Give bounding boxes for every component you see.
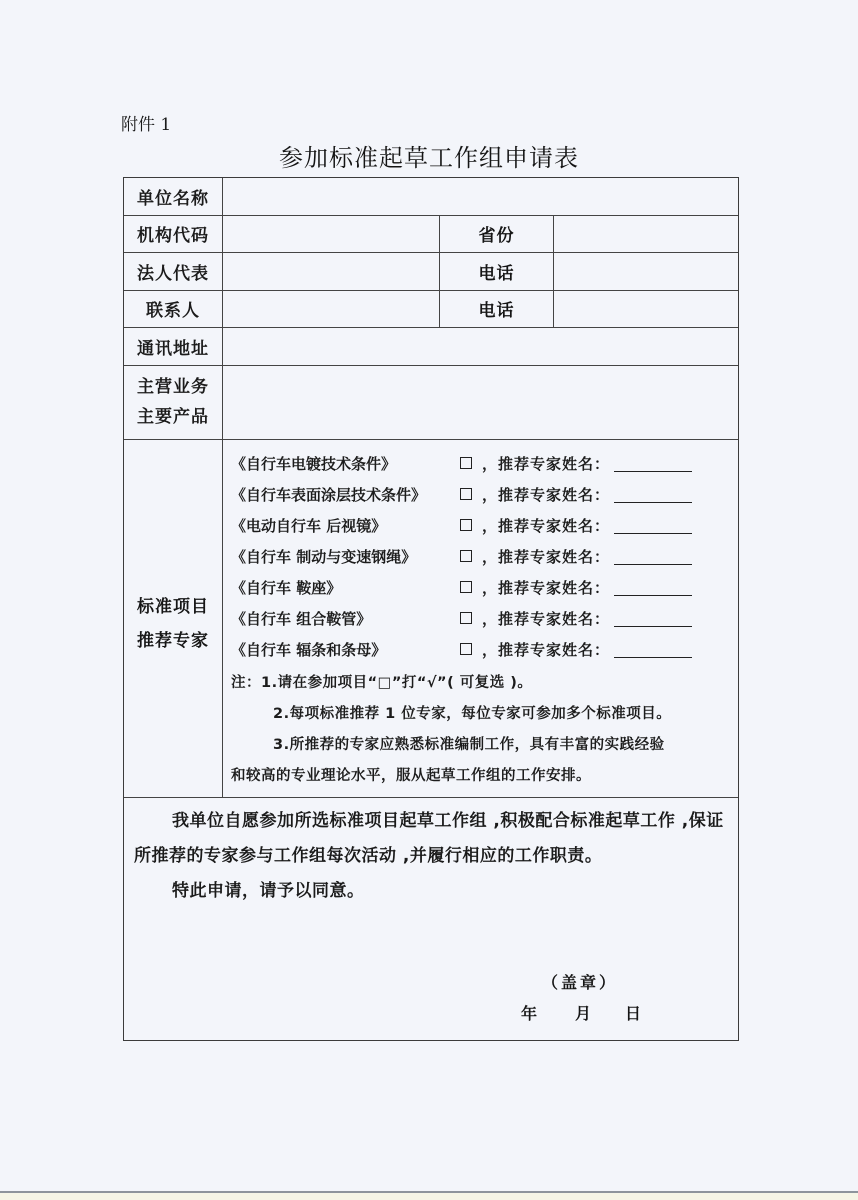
date-month-label: 月 bbox=[575, 1001, 625, 1024]
expert-prompt: ，推荐专家姓名： bbox=[482, 515, 610, 536]
contact-phone-field[interactable] bbox=[554, 291, 738, 328]
standard-item: 《自行车 组合鞍管》 ，推荐专家姓名： bbox=[231, 603, 738, 634]
legal-rep-phone-field[interactable] bbox=[554, 253, 738, 290]
business-field[interactable] bbox=[223, 366, 738, 439]
business-label: 主营业务 主要产品 bbox=[124, 366, 223, 439]
standard-item: 《自行车 辐条和条母》 ，推荐专家姓名： bbox=[231, 634, 738, 665]
stamp-label: （盖章） bbox=[542, 970, 618, 993]
row-legal-rep: 法人代表 电话 bbox=[124, 253, 738, 291]
row-address: 通讯地址 bbox=[124, 328, 738, 366]
standard-item: 《自行车 鞍座》 ，推荐专家姓名： bbox=[231, 572, 738, 603]
standards-list: 《自行车电镀技术条件》 ，推荐专家姓名： 《自行车表面涂层技术条件》 ，推荐专家… bbox=[223, 440, 738, 797]
note-3-line2: 和较高的专业理论水平，服从起草工作组的工作安排。 bbox=[231, 761, 738, 792]
legal-rep-field[interactable] bbox=[223, 253, 440, 290]
commitment-text: 我单位自愿参加所选标准项目起草工作组 ,积极配合标准起草工作 ,保证所推荐的专家… bbox=[124, 798, 738, 909]
form-title: 参加标准起草工作组申请表 bbox=[0, 138, 858, 173]
standard-name: 《自行车表面涂层技术条件》 bbox=[231, 484, 456, 505]
standard-checkbox[interactable] bbox=[460, 612, 472, 624]
row-contact: 联系人 电话 bbox=[124, 291, 738, 329]
standard-name: 《自行车电镀技术条件》 bbox=[231, 453, 456, 474]
row-commitment: 我单位自愿参加所选标准项目起草工作组 ,积极配合标准起草工作 ,保证所推荐的专家… bbox=[124, 798, 738, 1040]
address-label: 通讯地址 bbox=[124, 328, 223, 365]
standards-label-line2: 推荐专家 bbox=[137, 624, 209, 658]
standard-name: 《自行车 制动与变速钢绳》 bbox=[231, 546, 456, 567]
commitment-paragraph-2: 特此申请，请予以同意。 bbox=[134, 874, 734, 909]
standards-label-line1: 标准项目 bbox=[137, 590, 209, 624]
application-form-table: 单位名称 机构代码 省份 法人代表 电话 联系人 电话 通讯地址 bbox=[123, 177, 739, 1041]
page-bottom-edge bbox=[0, 1191, 858, 1200]
expert-name-field[interactable] bbox=[614, 454, 692, 472]
date-year-label: 年 bbox=[521, 1001, 575, 1024]
contact-label: 联系人 bbox=[124, 291, 223, 328]
standards-label: 标准项目 推荐专家 bbox=[124, 440, 223, 797]
date-day-label: 日 bbox=[625, 1001, 641, 1024]
expert-name-field[interactable] bbox=[614, 609, 692, 627]
expert-name-field[interactable] bbox=[614, 578, 692, 596]
standard-checkbox[interactable] bbox=[460, 457, 472, 469]
legal-rep-phone-label: 电话 bbox=[440, 253, 554, 290]
standard-checkbox[interactable] bbox=[460, 519, 472, 531]
standard-checkbox[interactable] bbox=[460, 581, 472, 593]
row-org-code: 机构代码 省份 bbox=[124, 216, 738, 254]
standard-checkbox[interactable] bbox=[460, 488, 472, 500]
note-1: 注：1.请在参加项目“□”打“√”( 可复选 )。 bbox=[231, 668, 738, 699]
legal-rep-label: 法人代表 bbox=[124, 253, 223, 290]
standard-item: 《电动自行车 后视镜》 ，推荐专家姓名： bbox=[231, 510, 738, 541]
standard-name: 《电动自行车 后视镜》 bbox=[231, 515, 456, 536]
expert-name-field[interactable] bbox=[614, 640, 692, 658]
expert-name-field[interactable] bbox=[614, 547, 692, 565]
unit-name-field[interactable] bbox=[223, 178, 738, 215]
province-label: 省份 bbox=[440, 216, 554, 253]
province-field[interactable] bbox=[554, 216, 738, 253]
contact-phone-label: 电话 bbox=[440, 291, 554, 328]
expert-name-field[interactable] bbox=[614, 516, 692, 534]
document-page: 附件 1 参加标准起草工作组申请表 单位名称 机构代码 省份 法人代表 电话 联… bbox=[0, 0, 858, 1192]
expert-prompt: ，推荐专家姓名： bbox=[482, 546, 610, 567]
row-standards: 标准项目 推荐专家 《自行车电镀技术条件》 ，推荐专家姓名： 《自行车表面涂层技… bbox=[124, 440, 738, 798]
standard-checkbox[interactable] bbox=[460, 643, 472, 655]
business-label-line1: 主营业务 bbox=[137, 372, 209, 402]
standard-name: 《自行车 辐条和条母》 bbox=[231, 639, 456, 660]
standard-name: 《自行车 组合鞍管》 bbox=[231, 608, 456, 629]
standard-item: 《自行车 制动与变速钢绳》 ，推荐专家姓名： bbox=[231, 541, 738, 572]
business-label-line2: 主要产品 bbox=[137, 402, 209, 432]
org-code-label: 机构代码 bbox=[124, 216, 223, 253]
unit-name-label: 单位名称 bbox=[124, 178, 223, 215]
row-unit-name: 单位名称 bbox=[124, 178, 738, 216]
note-2: 2.每项标准推荐 1 位专家，每位专家可参加多个标准项目。 bbox=[231, 699, 738, 730]
expert-name-field[interactable] bbox=[614, 485, 692, 503]
standard-name: 《自行车 鞍座》 bbox=[231, 577, 456, 598]
row-business: 主营业务 主要产品 bbox=[124, 366, 738, 440]
expert-prompt: ，推荐专家姓名： bbox=[482, 577, 610, 598]
contact-field[interactable] bbox=[223, 291, 440, 328]
address-field[interactable] bbox=[223, 328, 738, 365]
standard-item: 《自行车表面涂层技术条件》 ，推荐专家姓名： bbox=[231, 479, 738, 510]
standard-item: 《自行车电镀技术条件》 ，推荐专家姓名： bbox=[231, 448, 738, 479]
date-line: 年 月 日 bbox=[521, 1001, 641, 1024]
expert-prompt: ，推荐专家姓名： bbox=[482, 639, 610, 660]
commitment-paragraph-1: 我单位自愿参加所选标准项目起草工作组 ,积极配合标准起草工作 ,保证所推荐的专家… bbox=[134, 804, 734, 874]
expert-prompt: ，推荐专家姓名： bbox=[482, 608, 610, 629]
notes: 注：1.请在参加项目“□”打“√”( 可复选 )。 2.每项标准推荐 1 位专家… bbox=[231, 668, 738, 792]
org-code-field[interactable] bbox=[223, 216, 440, 253]
note-3-line1: 3.所推荐的专家应熟悉标准编制工作，具有丰富的实践经验 bbox=[231, 730, 738, 761]
expert-prompt: ，推荐专家姓名： bbox=[482, 453, 610, 474]
standard-checkbox[interactable] bbox=[460, 550, 472, 562]
expert-prompt: ，推荐专家姓名： bbox=[482, 484, 610, 505]
attachment-label: 附件 1 bbox=[121, 110, 171, 135]
